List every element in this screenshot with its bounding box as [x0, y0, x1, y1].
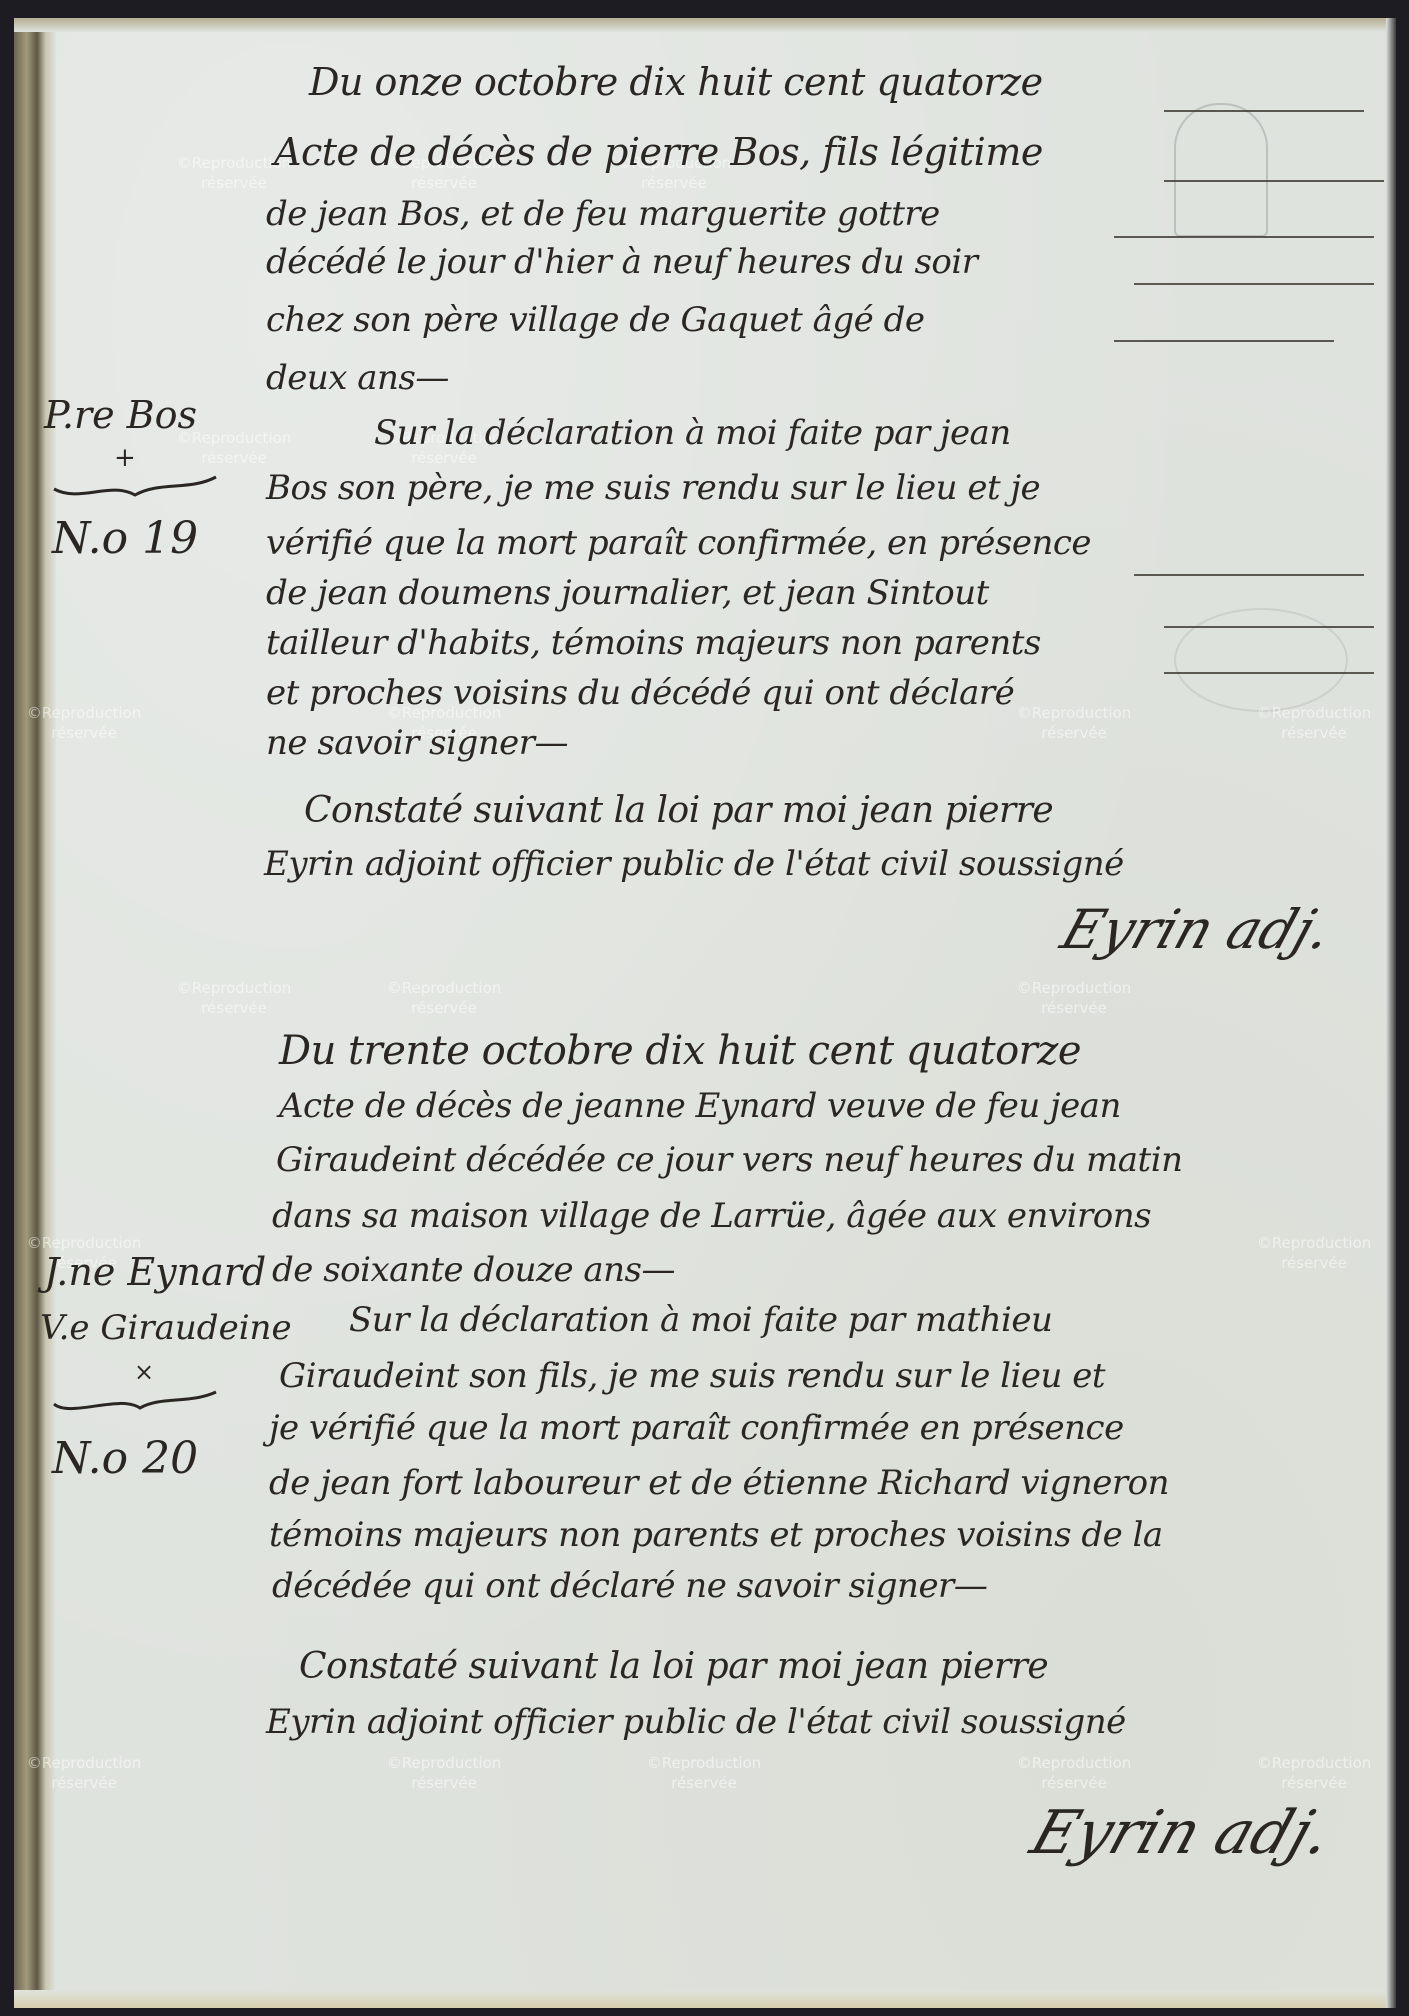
record-text-line: Giraudeint son fils, je me suis rendu su… — [279, 1356, 1105, 1396]
watermark: ©Reproduction réservée — [1004, 703, 1144, 743]
margin-name-widow: V.e Giraudeine — [40, 1308, 292, 1348]
watermark: ©Reproduction réservée — [1004, 1753, 1144, 1793]
record-date-line: Du trente octobre dix huit cent quatorze — [279, 1028, 1081, 1074]
flourish-divider — [50, 473, 220, 503]
record-text-line: Acte de décès de jeanne Eynard veuve de … — [279, 1086, 1121, 1126]
record-text-line: de jean fort laboureur et de étienne Ric… — [269, 1463, 1169, 1503]
faint-seal-impression — [1174, 608, 1348, 712]
watermark: ©Reproduction réservée — [14, 1753, 154, 1793]
fill-line — [1164, 180, 1384, 182]
fill-line — [1164, 626, 1374, 628]
officer-signature: Eyrin adj. — [1054, 898, 1340, 961]
record-text-line: témoins majeurs non parents et proches v… — [269, 1515, 1163, 1555]
fill-line — [1114, 340, 1334, 342]
record-text-line: Giraudeint décédée ce jour vers neuf heu… — [276, 1140, 1183, 1180]
margin-name: P.re Bos — [44, 393, 197, 437]
page-right-edge — [1386, 18, 1396, 2008]
attestation-line: Eyrin adjoint officier public de l'état … — [266, 1702, 1126, 1742]
fill-line — [1164, 672, 1374, 674]
watermark: ©Reproduction réservée — [374, 1753, 514, 1793]
attestation-line: Eyrin adjoint officier public de l'état … — [264, 844, 1124, 884]
record-text-line: deux ans— — [266, 358, 449, 398]
fill-line — [1134, 283, 1374, 285]
attestation-line: Constaté suivant la loi par moi jean pie… — [299, 1646, 1048, 1687]
tax-stamp-impression — [1174, 103, 1268, 237]
record-text-line: chez son père village de Gaquet âgé de — [266, 300, 925, 340]
record-text-line: vérifié que la mort paraît confirmée, en… — [266, 523, 1091, 563]
cross-mark: + — [114, 443, 136, 473]
officer-signature: Eyrin adj. — [1023, 1798, 1341, 1868]
record-text-line: décédée qui ont déclaré ne savoir signer… — [272, 1566, 987, 1606]
fill-line — [1164, 110, 1364, 112]
record-text-line: de jean doumens journalier, et jean Sint… — [266, 573, 989, 613]
record-text-line: dans sa maison village de Larrüe, âgée a… — [272, 1196, 1151, 1236]
flourish-divider — [50, 1388, 220, 1418]
watermark: ©Reproduction réservée — [1244, 703, 1384, 743]
record-text-line: décédé le jour d'hier à neuf heures du s… — [266, 242, 978, 282]
attestation-line: Constaté suivant la loi par moi jean pie… — [304, 790, 1053, 831]
watermark: ©Reproduction réservée — [374, 978, 514, 1018]
record-text-line: Sur la déclaration à moi faite par jean — [374, 413, 1011, 453]
watermark: ©Reproduction réservée — [1244, 1753, 1384, 1793]
record-text-line: de soixante douze ans— — [272, 1250, 675, 1290]
record-text-line: de jean Bos, et de feu marguerite gottre — [266, 194, 940, 234]
record-text-line: ne savoir signer— — [266, 723, 568, 763]
record-text-line: et proches voisins du décédé qui ont déc… — [266, 673, 1014, 713]
fill-line — [1114, 236, 1374, 238]
record-text-line: Bos son père, je me suis rendu sur le li… — [266, 468, 1040, 508]
page-top-edge — [14, 18, 1396, 32]
fill-line — [1134, 574, 1364, 576]
record-text-line: Acte de décès de pierre Bos, fils légiti… — [274, 130, 1043, 174]
page-binding — [14, 18, 56, 2008]
watermark: ©Reproduction réservée — [1244, 1233, 1384, 1273]
watermark: ©Reproduction réservée — [164, 978, 304, 1018]
watermark: ©Reproduction réservée — [634, 1753, 774, 1793]
record-text-line: Sur la déclaration à moi faite par mathi… — [349, 1300, 1052, 1340]
record-date-line: Du onze octobre dix huit cent quatorze — [309, 60, 1043, 104]
record-text-line: je vérifié que la mort paraît confirmée … — [269, 1408, 1124, 1448]
record-number: N.o 19 — [52, 513, 198, 564]
watermark: ©Reproduction réservée — [14, 703, 154, 743]
page-bottom-edge — [14, 1990, 1396, 2008]
cross-mark: × — [134, 1358, 154, 1386]
record-number: N.o 20 — [52, 1433, 198, 1484]
record-text-line: tailleur d'habits, témoins majeurs non p… — [266, 623, 1041, 663]
scan-frame: ©Reproduction réservée ©Reproduction rés… — [0, 0, 1409, 2016]
register-page: ©Reproduction réservée ©Reproduction rés… — [14, 18, 1396, 2008]
watermark: ©Reproduction réservée — [1004, 978, 1144, 1018]
margin-name: J.ne Eynard — [44, 1250, 266, 1294]
